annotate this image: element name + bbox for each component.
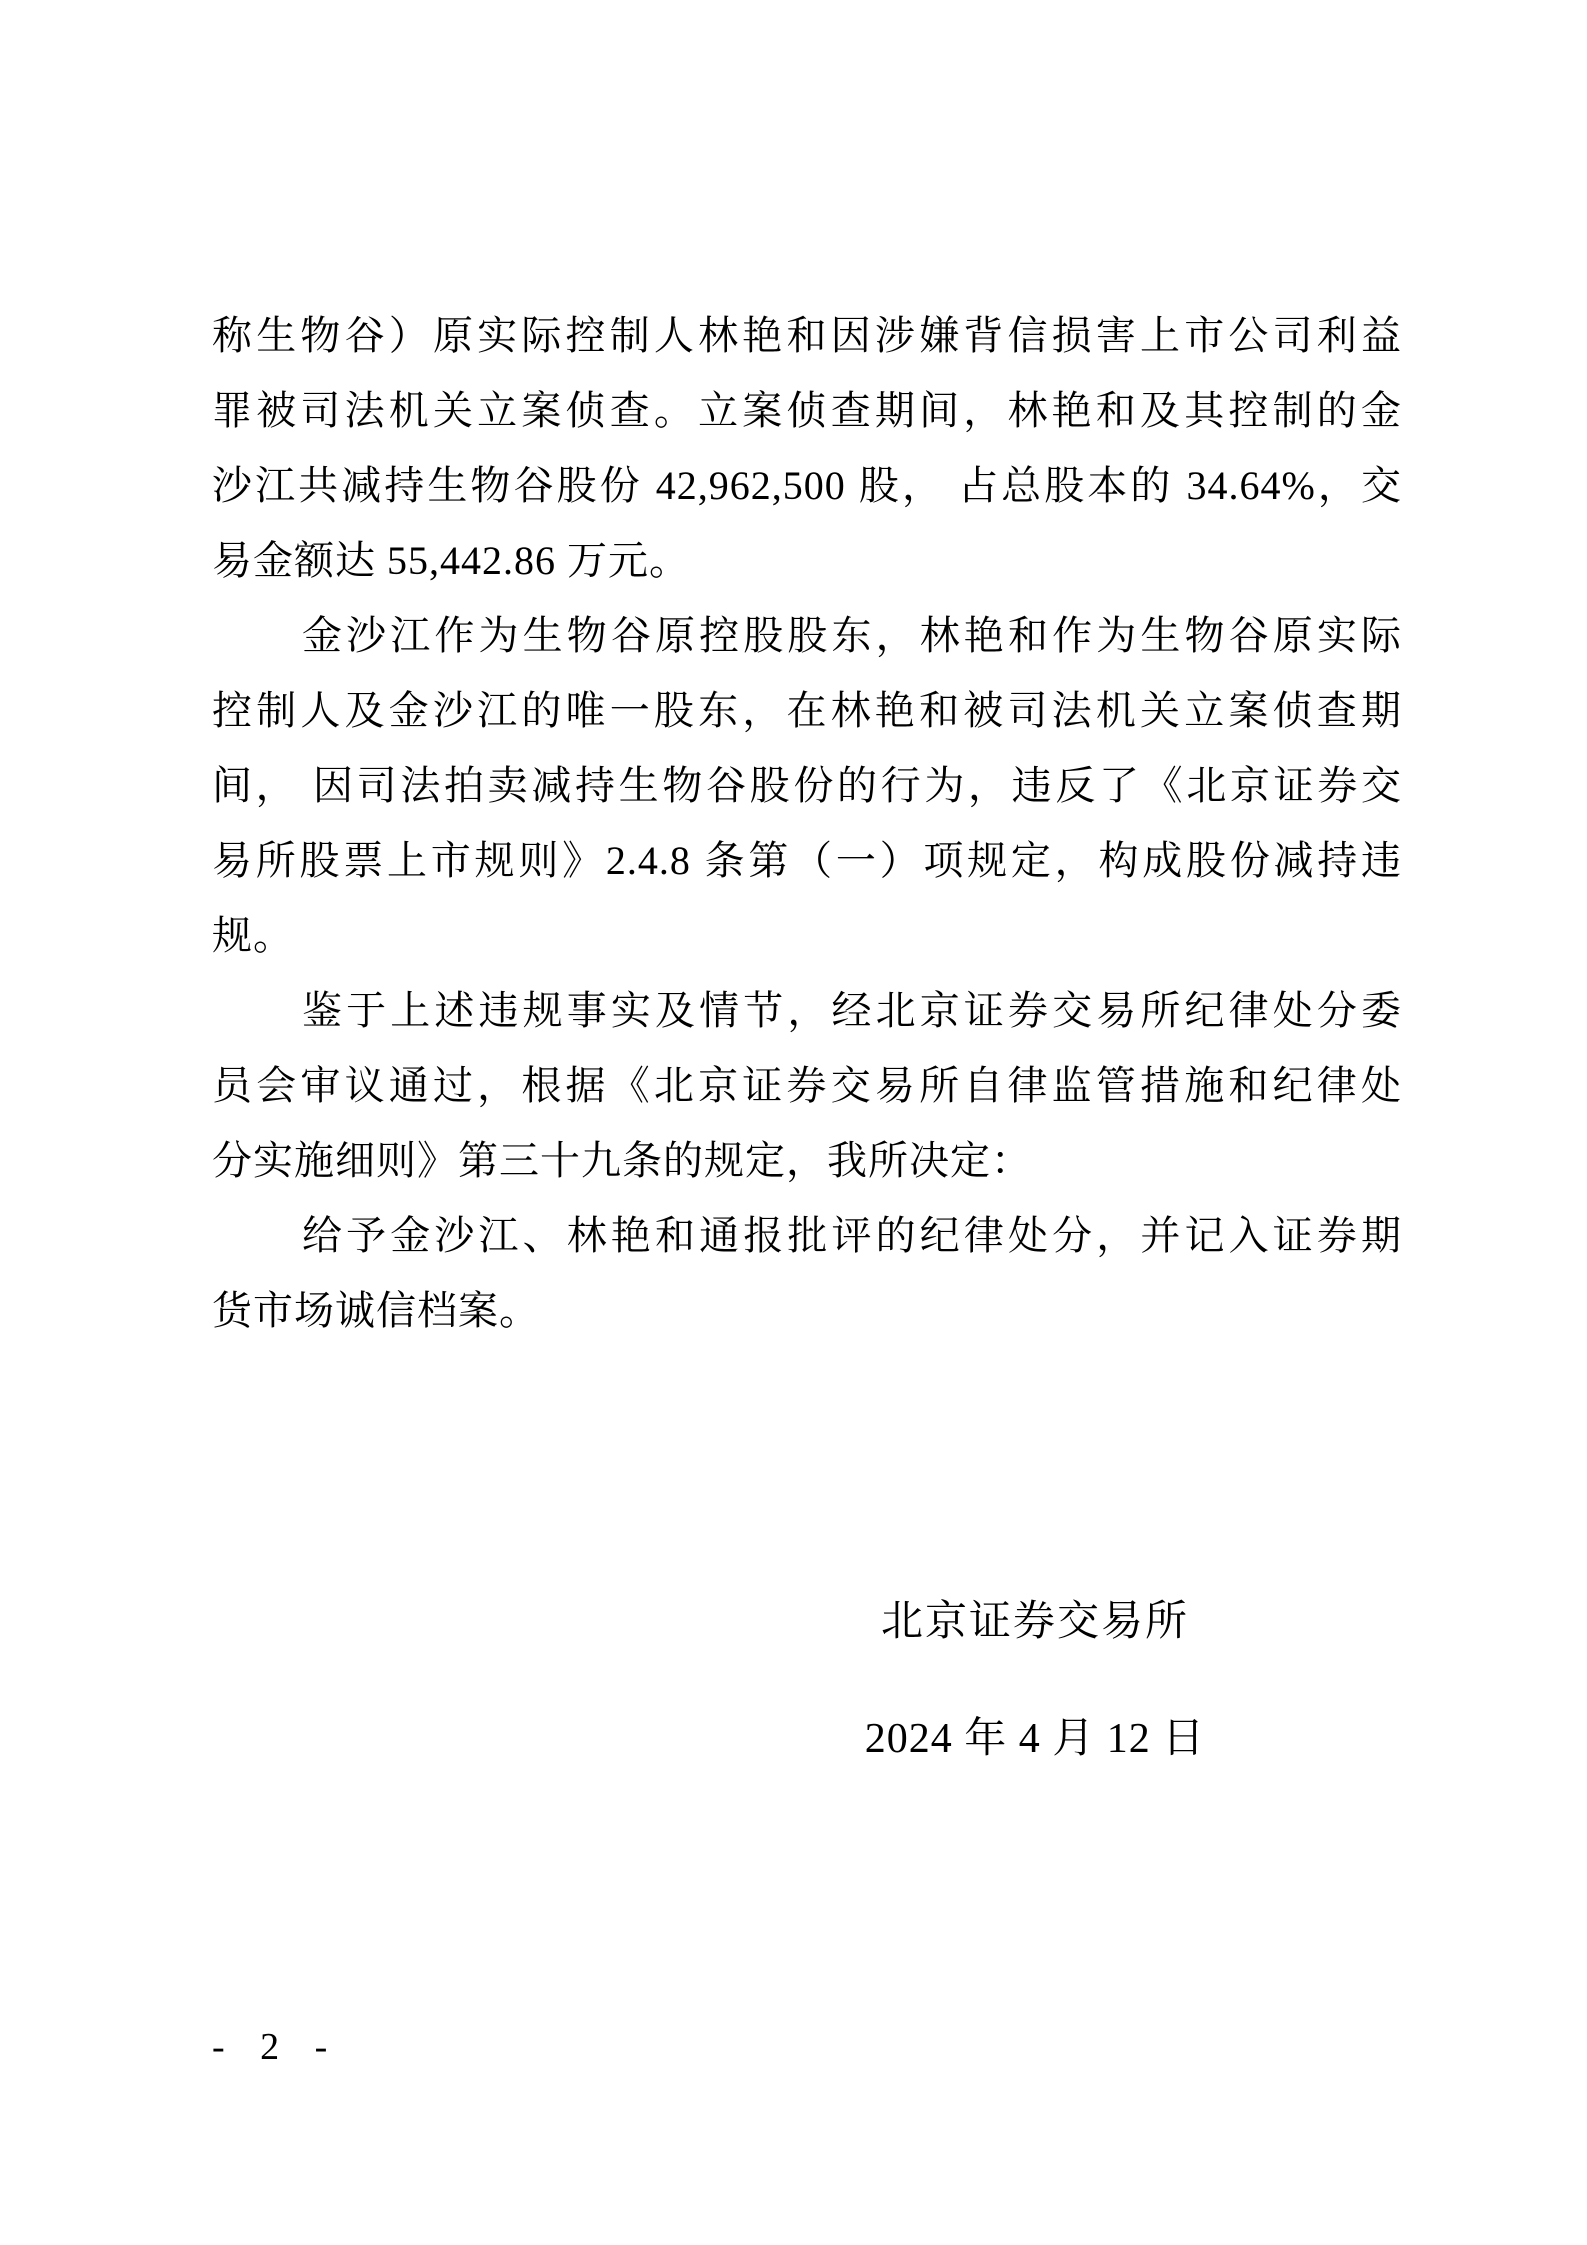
signature-org: 北京证券交易所: [770, 1592, 1300, 1652]
signature-block: 北京证券交易所 2024 年 4 月 12 日: [770, 1592, 1300, 1769]
page-number: - 2 -: [212, 2022, 336, 2072]
body-line: 给予金沙江、林艳和通报批评的纪律处分，并记入证券期: [212, 1198, 1402, 1273]
document-page: 称生物谷）原实际控制人林艳和因涉嫌背信损害上市公司利益 罪被司法机关立案侦查。立…: [0, 0, 1587, 2245]
body-line: 罪被司法机关立案侦查。立案侦查期间，林艳和及其控制的金: [212, 373, 1402, 448]
body-line: 规。: [212, 898, 1402, 973]
body-line: 分实施细则》第三十九条的规定，我所决定：: [212, 1123, 1402, 1198]
body-line: 货市场诚信档案。: [212, 1273, 1402, 1348]
body-line: 沙江共减持生物谷股份 42,962,500 股， 占总股本的 34.64%，交: [212, 448, 1402, 523]
signature-date: 2024 年 4 月 12 日: [770, 1709, 1300, 1769]
body-line: 控制人及金沙江的唯一股东，在林艳和被司法机关立案侦查期: [212, 673, 1402, 748]
body-line: 易所股票上市规则》2.4.8 条第（一）项规定，构成股份减持违: [212, 823, 1402, 898]
body-line: 鉴于上述违规事实及情节，经北京证券交易所纪律处分委: [212, 973, 1402, 1048]
body-line: 易金额达 55,442.86 万元。: [212, 523, 1402, 598]
body-line: 称生物谷）原实际控制人林艳和因涉嫌背信损害上市公司利益: [212, 298, 1402, 373]
body-line: 间， 因司法拍卖减持生物谷股份的行为，违反了《北京证券交: [212, 748, 1402, 823]
document-body: 称生物谷）原实际控制人林艳和因涉嫌背信损害上市公司利益 罪被司法机关立案侦查。立…: [212, 298, 1402, 1348]
body-line: 员会审议通过，根据《北京证券交易所自律监管措施和纪律处: [212, 1048, 1402, 1123]
body-line: 金沙江作为生物谷原控股股东，林艳和作为生物谷原实际: [212, 598, 1402, 673]
